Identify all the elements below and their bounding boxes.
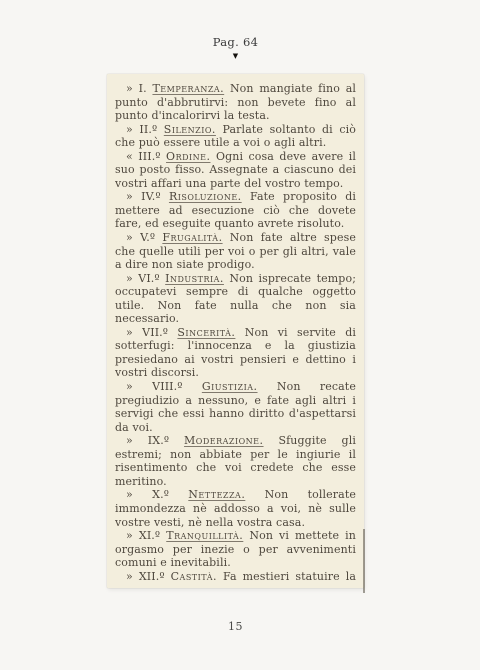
item-numeral: XI.º [139, 529, 160, 542]
virtue-name: Frugalità. [162, 231, 222, 244]
newspaper-clipping: » I. Temperanza. Non mangiate fino al pu… [107, 74, 364, 588]
item-marker: » [126, 82, 133, 95]
virtue-item: » VII.º Sincerità. Non vi servite di sot… [115, 326, 356, 380]
down-triangle-icon: ▼ [107, 52, 364, 60]
virtue-name: Ordine. [166, 150, 210, 163]
virtue-item: » I. Temperanza. Non mangiate fino al pu… [115, 82, 356, 123]
item-marker: » [126, 434, 133, 447]
virtue-name: Industria. [165, 272, 224, 285]
item-marker: » [126, 272, 133, 285]
item-marker: » [126, 326, 133, 339]
page-number: 15 [107, 620, 364, 633]
virtue-list: » I. Temperanza. Non mangiate fino al pu… [115, 82, 356, 582]
virtue-item: » VI.º Industria. Non isprecate tempo; o… [115, 272, 356, 326]
virtue-name: Giustizia. [202, 380, 258, 393]
item-marker: » [126, 190, 133, 203]
virtue-item: » IV.º Risoluzione. Fate proposito di me… [115, 190, 356, 231]
scanned-page: { "page": { "header": "Pag. 64", "marker… [0, 0, 480, 670]
virtue-name: Moderazione. [184, 434, 264, 447]
virtue-name: Tranquillità. [166, 529, 243, 542]
virtue-item: » X.º Nettezza. Non tollerate immondezza… [115, 488, 356, 529]
item-marker: » [126, 488, 133, 501]
item-marker: » [126, 570, 133, 582]
virtue-name: Sincerità. [177, 326, 235, 339]
virtue-item: » VIII.º Giustizia. Non recate pregiudiz… [115, 380, 356, 434]
item-numeral: VII.º [142, 326, 168, 339]
virtue-item: » II.º Silenzio. Parlate soltanto di ciò… [115, 123, 356, 150]
item-marker: « [126, 150, 133, 163]
item-numeral: I. [139, 82, 147, 95]
virtue-item: » V.º Frugalità. Non fate altre spese ch… [115, 231, 356, 272]
page-header-label: Pag. 64 [107, 35, 364, 49]
item-numeral: IV.º [141, 190, 161, 203]
item-numeral: X.º [152, 488, 169, 501]
virtue-item: » IX.º Moderazione. Sfuggite gli estremi… [115, 434, 356, 488]
item-numeral: XII.º [139, 570, 165, 582]
item-numeral: III.º [138, 150, 160, 163]
virtue-name: Temperanza. [152, 82, 224, 95]
virtue-name: Risoluzione. [169, 190, 242, 203]
virtue-item: « III.º Ordine. Ogni cosa deve avere il … [115, 150, 356, 191]
virtue-item: » XI.º Tranquillità. Non vi mettete in o… [115, 529, 356, 570]
virtue-item: » XII.º Castità. Fa mestieri statuire la… [115, 570, 356, 582]
item-numeral: IX.º [148, 434, 169, 447]
item-marker: » [126, 380, 133, 393]
virtue-name: Silenzio. [164, 123, 216, 136]
item-marker: » [126, 123, 133, 136]
virtue-name: Castità. [171, 570, 217, 582]
item-numeral: VI.º [138, 272, 159, 285]
item-numeral: V.º [140, 231, 155, 244]
virtue-name: Nettezza. [188, 488, 245, 501]
clipping-edge-shadow [363, 529, 365, 593]
item-numeral: VIII.º [152, 380, 182, 393]
item-marker: » [126, 529, 133, 542]
item-numeral: II.º [139, 123, 157, 136]
item-marker: » [126, 231, 133, 244]
